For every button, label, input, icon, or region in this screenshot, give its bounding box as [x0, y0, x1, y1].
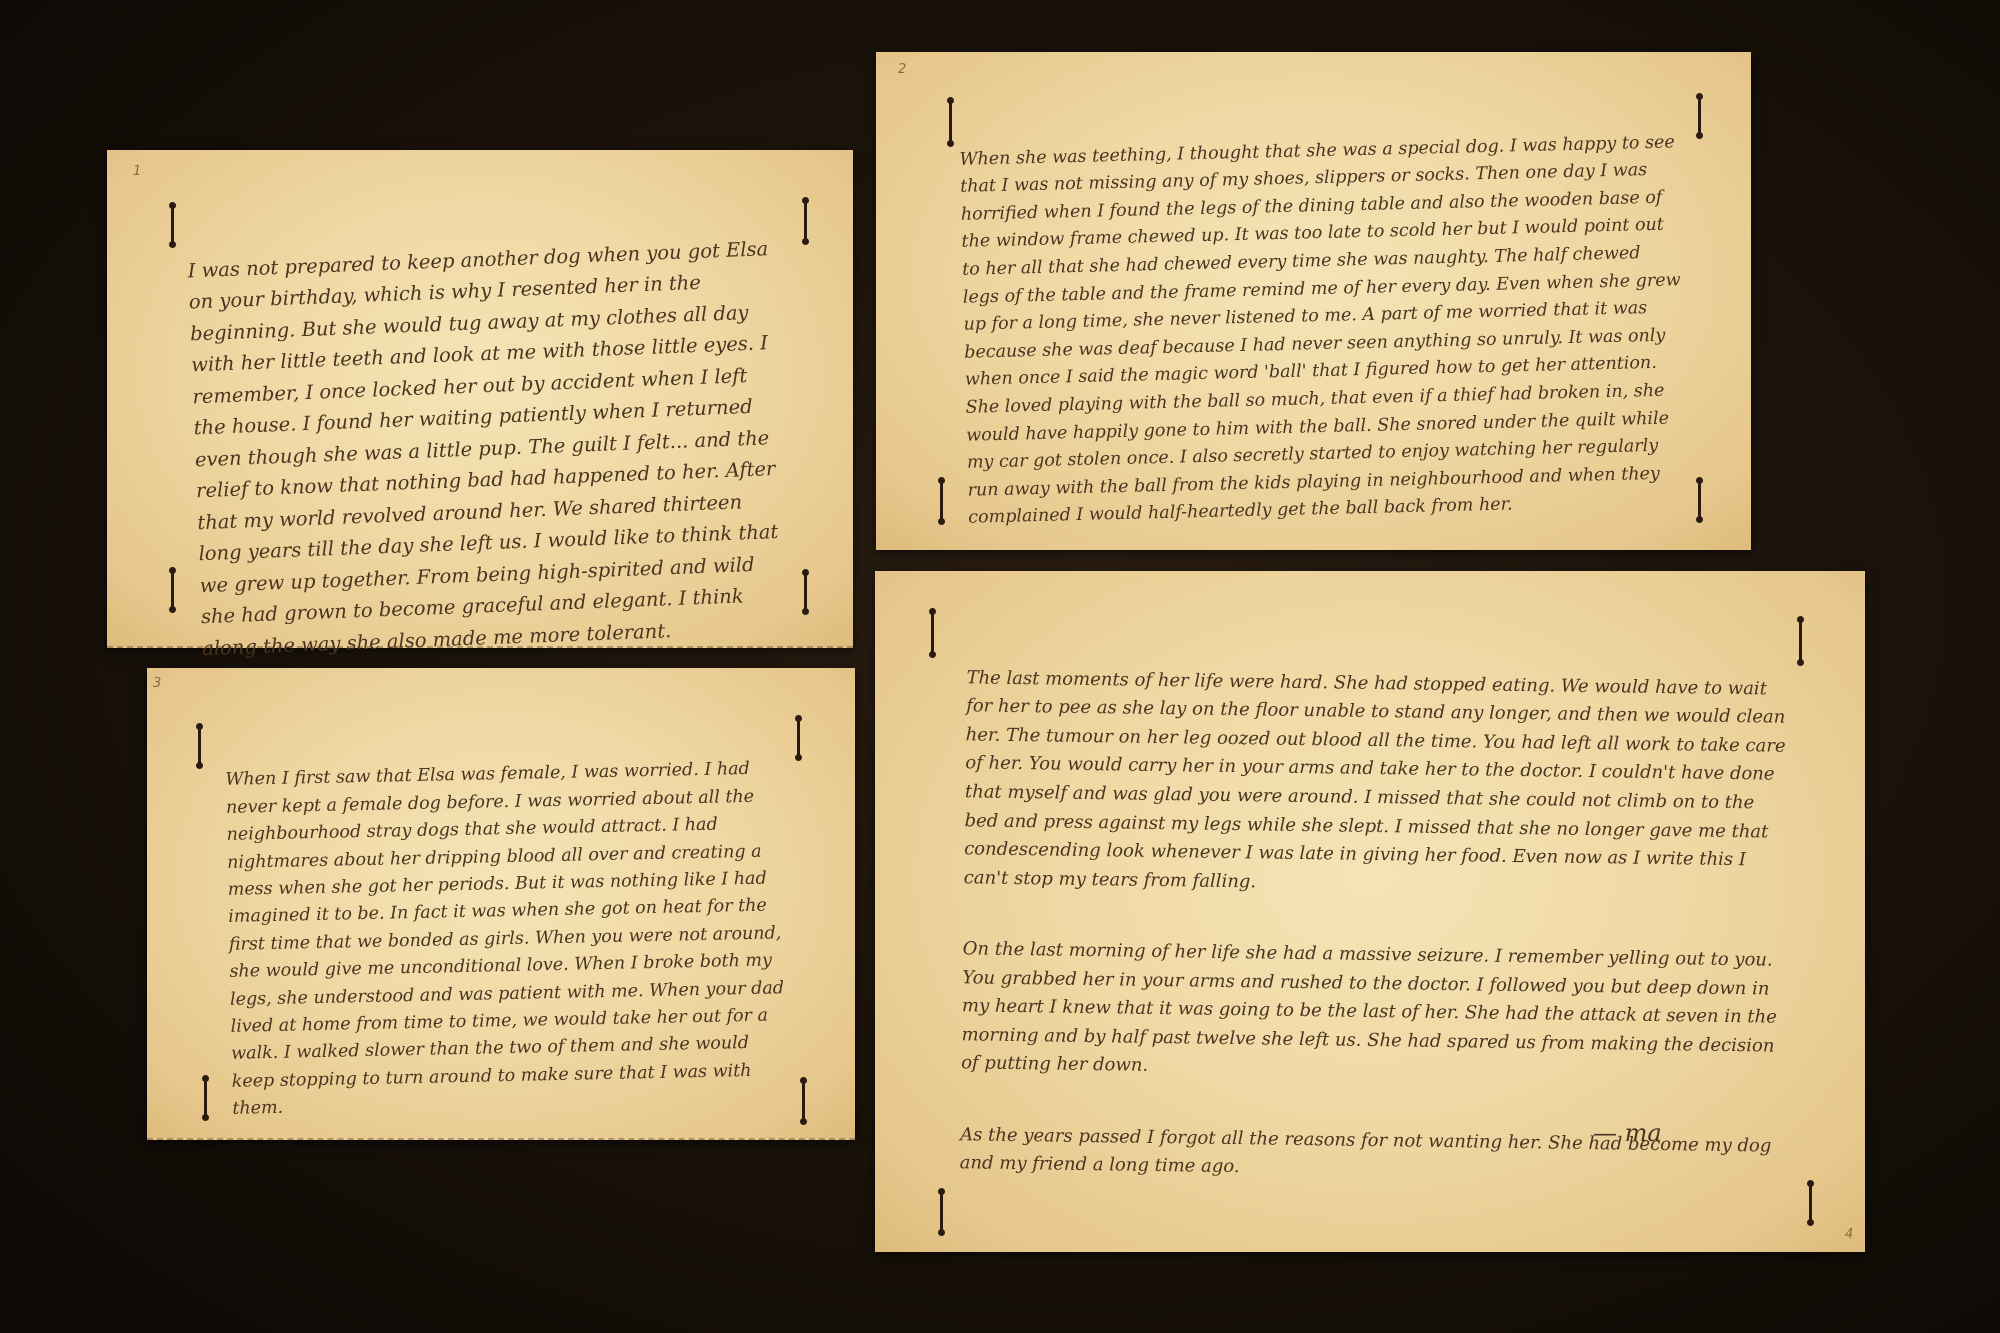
signature: — ma — [1593, 1119, 1662, 1147]
pin-icon — [1809, 1183, 1812, 1223]
pin-icon — [949, 100, 952, 144]
letter-page-3: 3 When I first saw that Elsa was female,… — [147, 668, 855, 1140]
letter-text: The last moments of her life were hard. … — [959, 635, 1787, 1232]
page-number: 4 — [1845, 1227, 1853, 1242]
pin-icon — [171, 205, 174, 245]
pin-icon — [940, 1191, 943, 1233]
letter-text: When I first saw that Elsa was female, I… — [225, 728, 794, 1165]
paragraph: When she was teething, I thought that sh… — [959, 129, 1688, 533]
pin-icon — [171, 570, 174, 610]
pin-icon — [804, 200, 807, 242]
letter-page-4: 4 The last moments of her life were hard… — [875, 571, 1865, 1252]
pin-icon — [198, 726, 201, 766]
pin-icon — [931, 611, 934, 655]
pin-icon — [804, 572, 807, 612]
letter-text: I was not prepared to keep another dog w… — [186, 201, 794, 710]
paragraph: On the last morning of her life she had … — [961, 935, 1783, 1089]
page-number: 3 — [153, 676, 161, 691]
paragraph: When I first saw that Elsa was female, I… — [225, 756, 792, 1124]
page-number: 2 — [898, 62, 906, 77]
pin-icon — [797, 718, 800, 758]
page-number: 1 — [133, 164, 141, 179]
pin-icon — [1799, 619, 1802, 663]
letter-text: When she was teething, I thought that sh… — [959, 101, 1690, 574]
paragraph: The last moments of her life were hard. … — [964, 664, 1787, 904]
pin-icon — [1698, 480, 1701, 520]
paragraph: I was not prepared to keep another dog w… — [187, 232, 792, 664]
pin-icon — [940, 480, 943, 522]
pin-icon — [1698, 96, 1701, 136]
letter-page-2: 2 When she was teething, I thought that … — [876, 52, 1751, 550]
pin-icon — [204, 1078, 207, 1118]
pin-icon — [802, 1080, 805, 1122]
letter-page-1: 1 I was not prepared to keep another dog… — [107, 150, 853, 648]
